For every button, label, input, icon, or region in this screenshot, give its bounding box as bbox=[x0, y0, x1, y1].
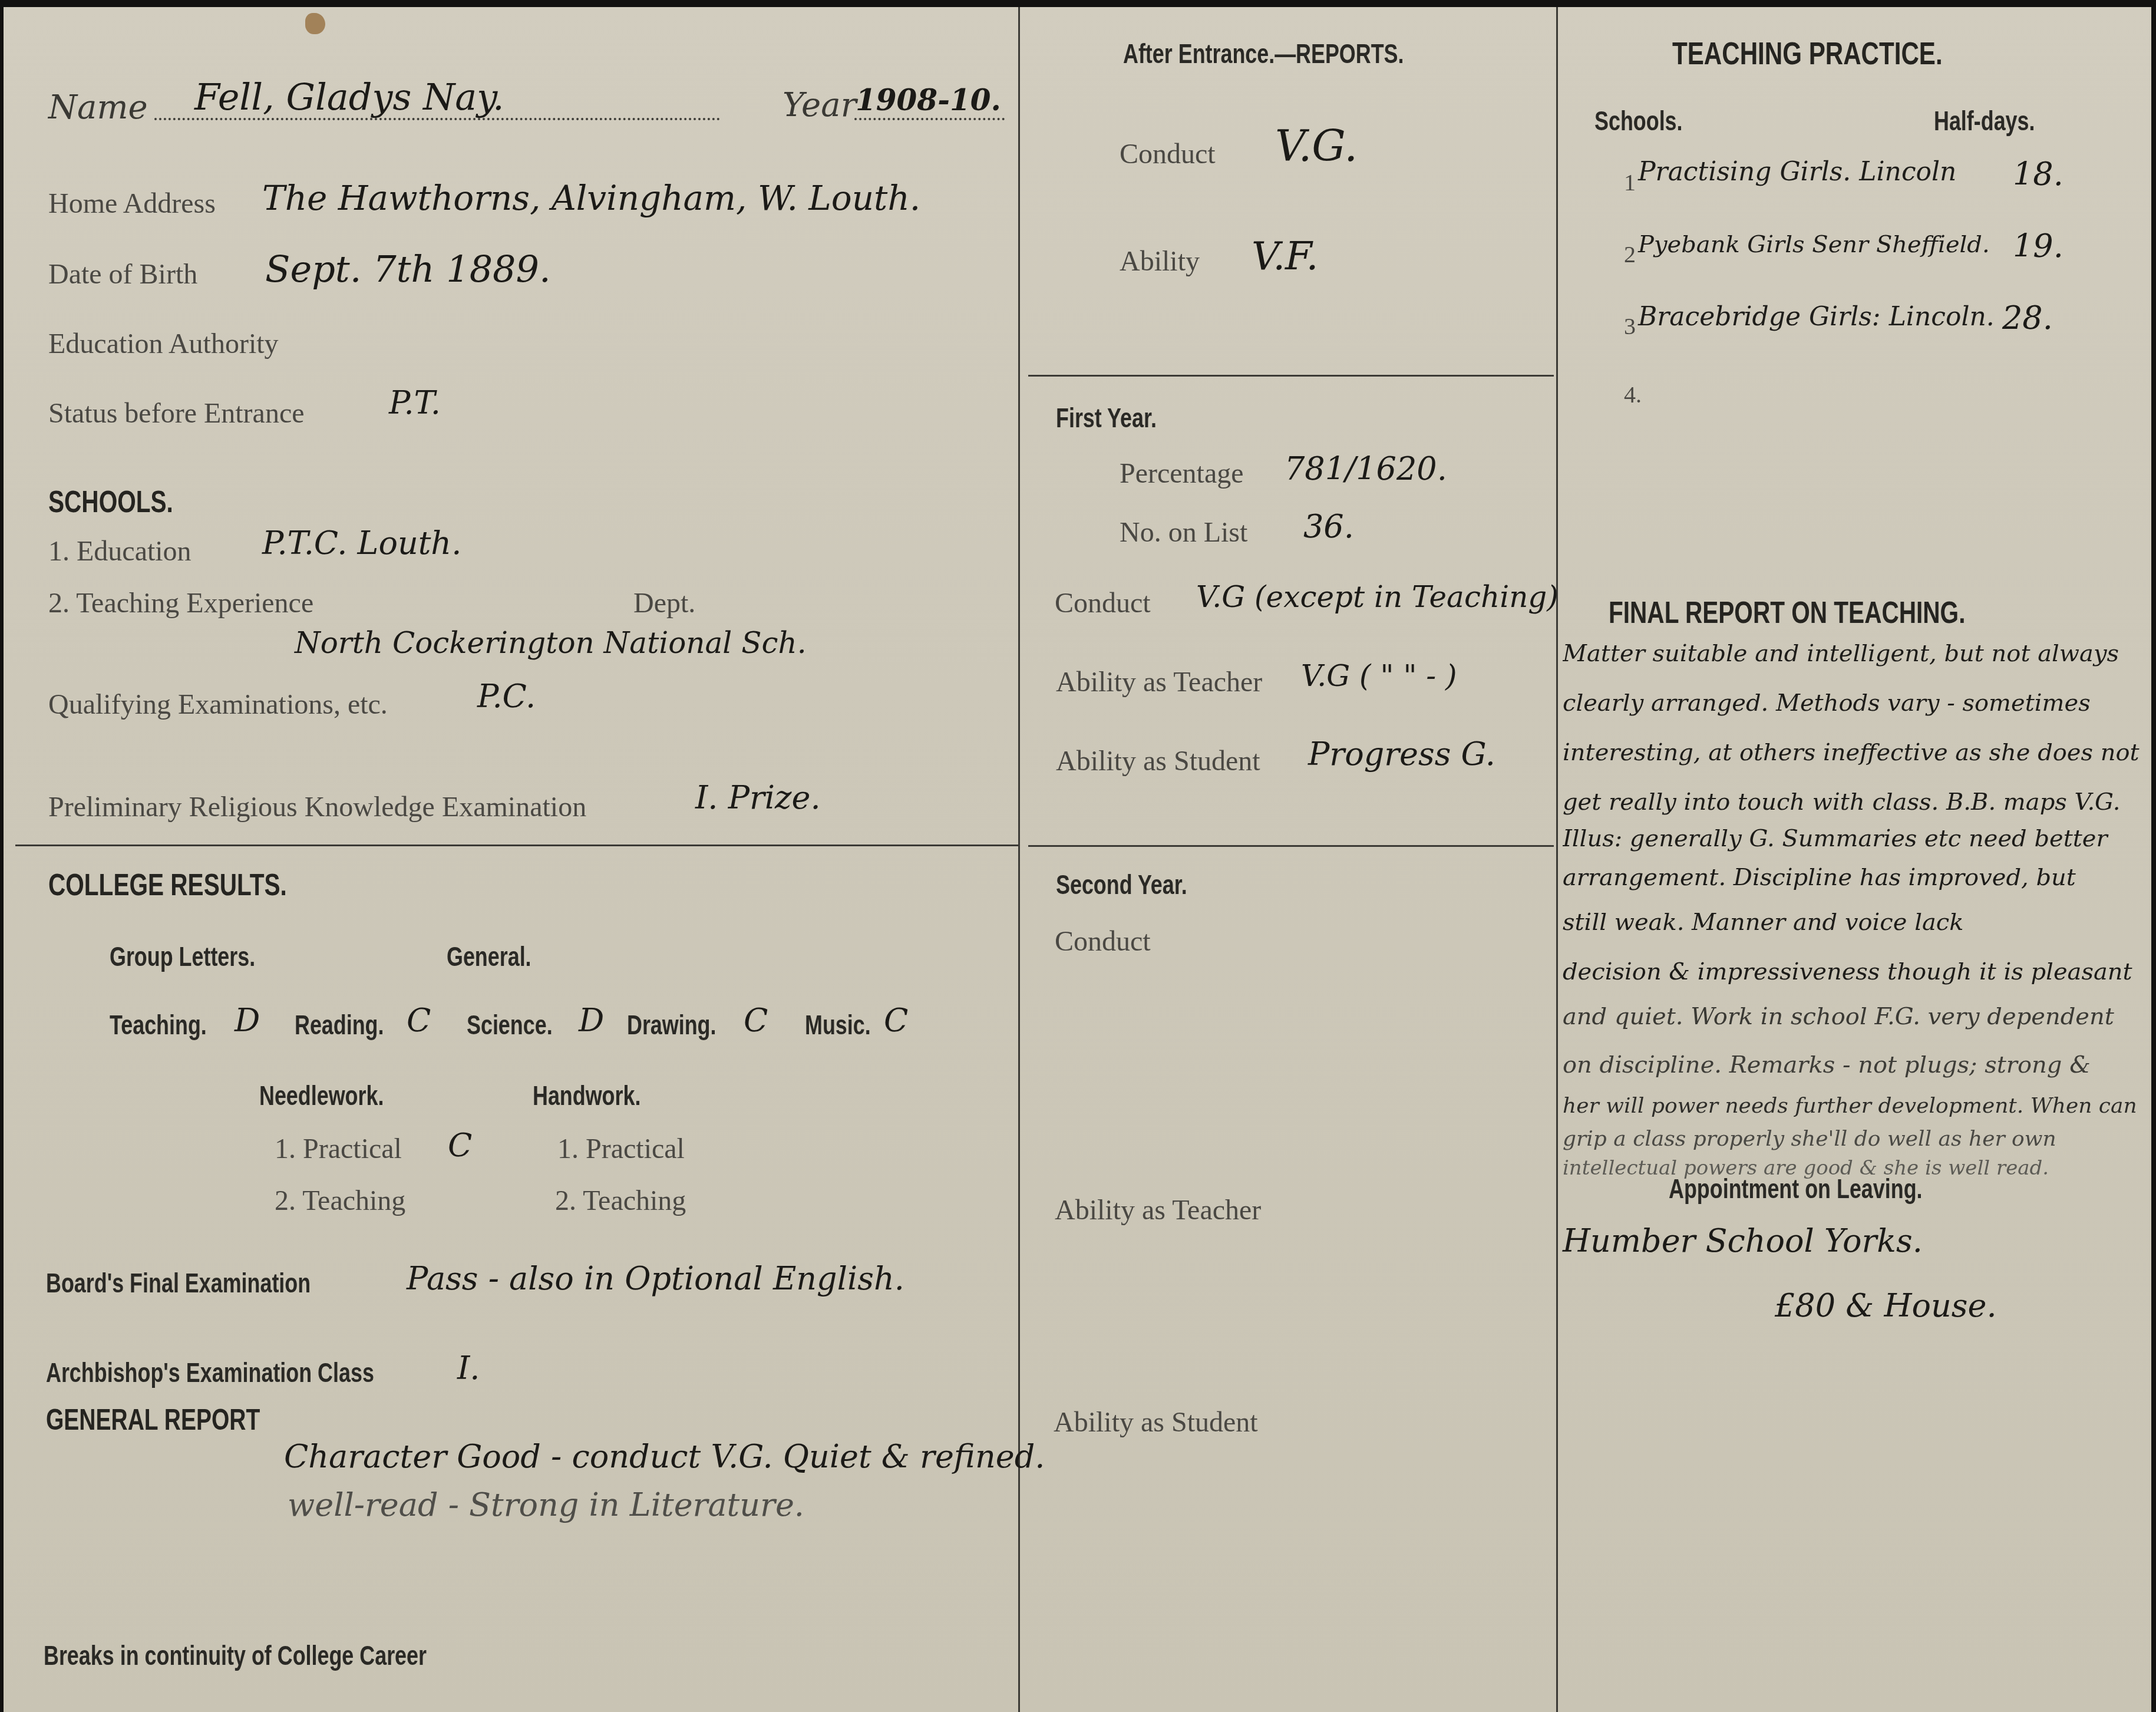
appointment-heading: Appointment on Leaving. bbox=[1669, 1173, 1923, 1205]
percentage-value[interactable]: 781/1620. bbox=[1285, 450, 1447, 487]
practice-row-school[interactable]: Bracebridge Girls: Lincoln. bbox=[1638, 302, 1995, 332]
paper-stain bbox=[305, 13, 325, 34]
second-year-ability-student-label: Ability as Student bbox=[1054, 1406, 1258, 1439]
breaks-label: Breaks in continuity of College Career bbox=[44, 1640, 427, 1671]
general-report-line-1[interactable]: Character Good - conduct V.G. Quiet & re… bbox=[284, 1438, 1045, 1475]
general-report-line-2[interactable]: well-read - Strong in Literature. bbox=[288, 1486, 804, 1523]
final-report-line: arrangement. Discipline has improved, bu… bbox=[1563, 864, 2146, 891]
home-address-value[interactable]: The Hawthorns, Alvingham, W. Louth. bbox=[262, 178, 920, 218]
college-results-heading: COLLEGE RESULTS. bbox=[48, 867, 287, 903]
subject-reading-grade[interactable]: C bbox=[407, 1002, 431, 1039]
final-report-line: get really into touch with class. B.B. m… bbox=[1563, 789, 2146, 816]
name-label: Name bbox=[48, 88, 148, 127]
second-year-heading: Second Year. bbox=[1056, 869, 1187, 900]
final-report-line: interesting, at others ineffective as sh… bbox=[1563, 739, 2146, 766]
education-value[interactable]: P.T.C. Louth. bbox=[262, 525, 461, 562]
practice-row-num: 1 bbox=[1624, 169, 1636, 196]
needlework-practical-label: 1. Practical bbox=[275, 1133, 402, 1165]
status-value[interactable]: P.T. bbox=[389, 384, 441, 421]
handwork-teaching-label: 2. Teaching bbox=[555, 1185, 686, 1217]
divider-left-section bbox=[15, 845, 1018, 846]
subject-teaching-label: Teaching. bbox=[110, 1009, 207, 1041]
group-letters-label: Group Letters. bbox=[110, 941, 255, 972]
subject-science-label: Science. bbox=[467, 1009, 553, 1041]
education-label: 1. Education bbox=[48, 535, 192, 568]
no-on-list-label: No. on List bbox=[1120, 516, 1247, 549]
subject-reading-label: Reading. bbox=[295, 1009, 384, 1041]
archbishop-label: Archbishop's Examination Class bbox=[46, 1357, 374, 1388]
dob-value[interactable]: Sept. 7th 1889. bbox=[265, 248, 551, 291]
practice-row-half-days[interactable]: 18. bbox=[2013, 156, 2063, 193]
archbishop-value[interactable]: I. bbox=[457, 1350, 480, 1387]
practice-row-half-days[interactable]: 19. bbox=[2013, 227, 2063, 265]
first-year-ability-student-value[interactable]: Progress G. bbox=[1308, 735, 1495, 773]
reports-ability-label: Ability bbox=[1120, 245, 1200, 278]
religious-value[interactable]: I. Prize. bbox=[695, 779, 821, 816]
year-underline bbox=[854, 118, 1005, 120]
percentage-label: Percentage bbox=[1120, 457, 1244, 490]
final-report-line: and quiet. Work in school F.G. very depe… bbox=[1563, 1003, 2146, 1030]
subject-music-label: Music. bbox=[805, 1009, 871, 1041]
dob-label: Date of Birth bbox=[48, 258, 197, 291]
first-year-ability-student-label: Ability as Student bbox=[1056, 745, 1260, 777]
name-value[interactable]: Fell, Gladys Nay. bbox=[194, 75, 504, 118]
final-report-line: decision & impressiveness though it is p… bbox=[1563, 958, 2146, 985]
final-report-line: still weak. Manner and voice lack bbox=[1563, 909, 2146, 936]
home-address-label: Home Address bbox=[48, 187, 216, 220]
reports-ability-value[interactable]: V.F. bbox=[1252, 233, 1319, 279]
divider-firstyear-secondyear bbox=[1028, 845, 1554, 847]
divider-reports-firstyear bbox=[1028, 375, 1554, 377]
dept-label: Dept. bbox=[633, 587, 695, 619]
first-year-ability-teacher-label: Ability as Teacher bbox=[1056, 666, 1262, 698]
final-report-line: Illus: generally G. Summaries etc need b… bbox=[1563, 825, 2146, 852]
status-label: Status before Entrance bbox=[48, 397, 304, 430]
religious-label: Preliminary Religious Knowledge Examinat… bbox=[48, 791, 586, 823]
final-report-line: on discipline. Remarks - not plugs; stro… bbox=[1563, 1051, 2146, 1078]
practice-row-num: 4. bbox=[1624, 381, 1642, 408]
reports-heading: After Entrance.—REPORTS. bbox=[1123, 38, 1404, 70]
final-report-line: her will power needs further development… bbox=[1563, 1094, 2146, 1118]
first-year-conduct-value[interactable]: V.G (except in Teaching) bbox=[1196, 580, 1559, 614]
second-year-ability-teacher-label: Ability as Teacher bbox=[1055, 1194, 1261, 1226]
divider-middle-right bbox=[1556, 7, 1558, 1712]
subject-science-grade[interactable]: D bbox=[579, 1002, 604, 1039]
teaching-experience-value[interactable]: North Cockerington National Sch. bbox=[295, 626, 807, 660]
second-year-conduct-label: Conduct bbox=[1055, 925, 1151, 958]
general-report-label: GENERAL REPORT bbox=[46, 1403, 260, 1437]
qualifying-label: Qualifying Examinations, etc. bbox=[48, 688, 388, 721]
boards-final-value[interactable]: Pass - also in Optional English. bbox=[407, 1260, 904, 1297]
half-days-column-label: Half-days. bbox=[1934, 105, 2035, 137]
year-value[interactable]: 1908-10. bbox=[856, 83, 1001, 117]
boards-final-label: Board's Final Examination bbox=[46, 1267, 311, 1299]
first-year-ability-teacher-value[interactable]: V.G ( " " - ) bbox=[1301, 659, 1457, 693]
final-report-line: Matter suitable and intelligent, but not… bbox=[1563, 640, 2146, 667]
handwork-label: Handwork. bbox=[533, 1080, 640, 1111]
final-report-line: clearly arranged. Methods vary - sometim… bbox=[1563, 690, 2146, 717]
first-year-conduct-label: Conduct bbox=[1055, 587, 1151, 619]
schools-heading: SCHOOLS. bbox=[48, 484, 173, 520]
qualifying-value[interactable]: P.C. bbox=[477, 678, 536, 715]
practice-row-half-days[interactable]: 28. bbox=[2002, 299, 2053, 337]
needlework-label: Needlework. bbox=[259, 1080, 384, 1111]
first-year-heading: First Year. bbox=[1056, 402, 1157, 434]
appointment-line-2[interactable]: £80 & House. bbox=[1775, 1287, 1997, 1324]
year-label: Year bbox=[783, 86, 856, 124]
subject-drawing-label: Drawing. bbox=[627, 1009, 717, 1041]
practice-row-school[interactable]: Pyebank Girls Senr Sheffield. bbox=[1638, 231, 1990, 258]
subject-drawing-grade[interactable]: C bbox=[744, 1002, 768, 1039]
subject-teaching-grade[interactable]: D bbox=[235, 1002, 260, 1039]
subject-music-grade[interactable]: C bbox=[884, 1002, 908, 1039]
teaching-experience-label: 2. Teaching Experience bbox=[48, 587, 313, 619]
practice-row-num: 3 bbox=[1624, 312, 1636, 340]
schools-column-label: Schools. bbox=[1594, 105, 1683, 137]
education-authority-label: Education Authority bbox=[48, 328, 279, 360]
appointment-line-1[interactable]: Humber School Yorks. bbox=[1563, 1222, 1923, 1259]
needlework-practical-grade[interactable]: C bbox=[448, 1127, 472, 1164]
practice-row-num: 2 bbox=[1624, 240, 1636, 268]
handwork-practical-label: 1. Practical bbox=[557, 1133, 685, 1165]
reports-conduct-value[interactable]: V.G. bbox=[1275, 121, 1358, 171]
practice-row-school[interactable]: Practising Girls. Lincoln bbox=[1638, 157, 1956, 187]
general-label: General. bbox=[447, 941, 531, 972]
needlework-teaching-label: 2. Teaching bbox=[275, 1185, 405, 1217]
final-report-heading: FINAL REPORT ON TEACHING. bbox=[1609, 595, 1965, 631]
final-report-line: grip a class properly she'll do well as … bbox=[1563, 1127, 2146, 1151]
reports-conduct-label: Conduct bbox=[1120, 138, 1216, 170]
no-on-list-value[interactable]: 36. bbox=[1303, 508, 1354, 545]
teaching-practice-heading: TEACHING PRACTICE. bbox=[1672, 35, 1943, 72]
